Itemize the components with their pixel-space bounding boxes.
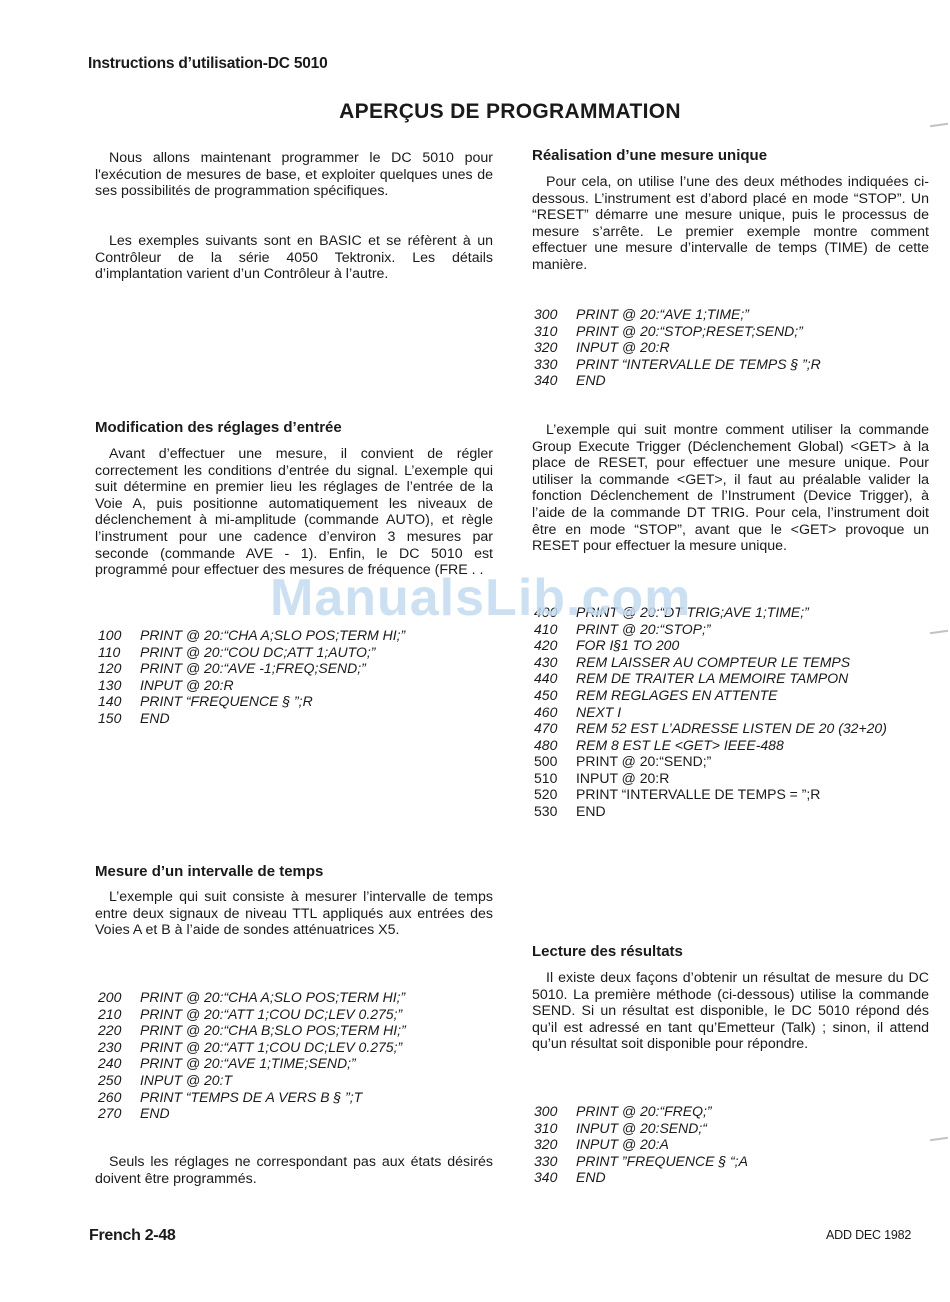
code-line: 270END <box>98 1105 406 1122</box>
code-line: 400PRINT @ 20:“DT TRIG;AVE 1;TIME;” <box>534 604 887 621</box>
line-number: 430 <box>534 654 576 671</box>
line-number: 320 <box>534 339 576 356</box>
code-line: 340END <box>534 1169 748 1186</box>
code-line: 220PRINT @ 20:“CHA B;SLO POS;TERM HI;” <box>98 1022 406 1039</box>
line-number: 230 <box>98 1039 140 1056</box>
code-line: 470REM 52 EST L’ADRESSE LISTEN DE 20 (32… <box>534 720 887 737</box>
heading-input-settings: Modification des réglages d’entrée <box>95 419 493 436</box>
code-statement: END <box>576 1169 606 1186</box>
code-statement: REM 52 EST L’ADRESSE LISTEN DE 20 (32+20… <box>576 720 887 737</box>
code-statement: REM DE TRAITER LA MEMOIRE TAMPON <box>576 670 848 687</box>
line-number: 480 <box>534 737 576 754</box>
line-number: 440 <box>534 670 576 687</box>
code-statement: INPUT @ 20:R <box>140 677 234 694</box>
code-line: 120PRINT @ 20:“AVE -1;FREQ;SEND;” <box>98 660 405 677</box>
page-number: French 2-48 <box>89 1227 176 1245</box>
code-statement: END <box>140 1105 170 1122</box>
code-line: 500PRINT @ 20:“SEND;” <box>534 753 820 770</box>
running-header: Instructions d’utilisation-DC 5010 <box>88 55 328 73</box>
code-statement: INPUT @ 20:A <box>576 1136 669 1153</box>
code-statement: PRINT @ 20:“CHA A;SLO POS;TERM HI;” <box>140 989 405 1006</box>
line-number: 300 <box>534 306 576 323</box>
code-line: 140PRINT “FREQUENCE § ”;R <box>98 693 405 710</box>
code-statement: PRINT @ 20:“SEND;” <box>576 753 711 770</box>
code-statement: REM 8 EST LE <GET> IEEE-488 <box>576 737 784 754</box>
code-line: 420FOR I§1 TO 200 <box>534 637 887 654</box>
code-statement: REM LAISSER AU COMPTEUR LE TEMPS <box>576 654 850 671</box>
line-number: 270 <box>98 1105 140 1122</box>
line-number: 120 <box>98 660 140 677</box>
line-number: 130 <box>98 677 140 694</box>
code-line: 480REM 8 EST LE <GET> IEEE-488 <box>534 737 887 754</box>
code-line: 340END <box>534 372 821 389</box>
code-statement: INPUT @ 20:SEND;“ <box>576 1120 707 1137</box>
line-number: 140 <box>98 693 140 710</box>
code-line: 230PRINT @ 20:“ATT 1;COU DC;LEV 0.275;” <box>98 1039 406 1056</box>
code-line: 310PRINT @ 20:“STOP;RESET;SEND;” <box>534 323 821 340</box>
code-line: 450REM REGLAGES EN ATTENTE <box>534 687 887 704</box>
code-statement: PRINT “INTERVALLE DE TEMPS § ”;R <box>576 356 821 373</box>
code-line: 520PRINT “INTERVALLE DE TEMPS = ”;R <box>534 786 820 803</box>
code-statement: NEXT I <box>576 704 621 721</box>
code-listing-500: 500PRINT @ 20:“SEND;”510INPUT @ 20:R520P… <box>534 753 820 819</box>
code-statement: PRINT @ 20:“CHA A;SLO POS;TERM HI;” <box>140 627 405 644</box>
code-listing-300-single: 300PRINT @ 20:“AVE 1;TIME;”310PRINT @ 20… <box>534 306 821 389</box>
time-interval-closing: Seuls les réglages ne correspondant pas … <box>95 1154 493 1187</box>
line-number: 240 <box>98 1055 140 1072</box>
code-listing-300-results: 300PRINT @ 20:“FREQ;”310INPUT @ 20:SEND;… <box>534 1103 748 1186</box>
code-line: 320INPUT @ 20:A <box>534 1136 748 1153</box>
code-statement: PRINT “TEMPS DE A VERS B § ”;T <box>140 1089 362 1106</box>
line-number: 530 <box>534 803 576 820</box>
code-statement: END <box>576 372 606 389</box>
code-line: 300PRINT @ 20:“FREQ;” <box>534 1103 748 1120</box>
code-line: 530END <box>534 803 820 820</box>
line-number: 400 <box>534 604 576 621</box>
line-number: 220 <box>98 1022 140 1039</box>
line-number: 330 <box>534 356 576 373</box>
heading-reading-results: Lecture des résultats <box>532 943 929 960</box>
line-number: 320 <box>534 1136 576 1153</box>
code-line: 130INPUT @ 20:R <box>98 677 405 694</box>
line-number: 310 <box>534 323 576 340</box>
code-line: 330PRINT ”FREQUENCE § “;A <box>534 1153 748 1170</box>
code-statement: INPUT @ 20:R <box>576 770 669 787</box>
code-statement: PRINT ”FREQUENCE § “;A <box>576 1153 748 1170</box>
heading-single-measurement: Réalisation d’une mesure unique <box>532 147 929 164</box>
revision-date: ADD DEC 1982 <box>826 1228 911 1242</box>
line-number: 300 <box>534 1103 576 1120</box>
code-statement: PRINT “INTERVALLE DE TEMPS = ”;R <box>576 786 820 803</box>
intro-paragraph-2: Les exemples suivants sont en BASIC et s… <box>95 233 493 283</box>
code-line: 240PRINT @ 20:“AVE 1;TIME;SEND;” <box>98 1055 406 1072</box>
code-statement: PRINT “FREQUENCE § ”;R <box>140 693 313 710</box>
line-number: 520 <box>534 786 576 803</box>
code-statement: END <box>576 803 606 820</box>
code-line: 210PRINT @ 20:“ATT 1;COU DC;LEV 0.275;” <box>98 1006 406 1023</box>
code-statement: PRINT @ 20:“FREQ;” <box>576 1103 712 1120</box>
line-number: 150 <box>98 710 140 727</box>
code-line: 200PRINT @ 20:“CHA A;SLO POS;TERM HI;” <box>98 989 406 1006</box>
code-statement: PRINT @ 20:“AVE 1;TIME;” <box>576 306 749 323</box>
code-statement: PRINT @ 20:“AVE -1;FREQ;SEND;” <box>140 660 366 677</box>
code-line: 330PRINT “INTERVALLE DE TEMPS § ”;R <box>534 356 821 373</box>
code-statement: END <box>140 710 170 727</box>
line-number: 310 <box>534 1120 576 1137</box>
line-number: 470 <box>534 720 576 737</box>
code-statement: INPUT @ 20:T <box>140 1072 232 1089</box>
code-line: 440REM DE TRAITER LA MEMOIRE TAMPON <box>534 670 887 687</box>
line-number: 210 <box>98 1006 140 1023</box>
code-line: 260PRINT “TEMPS DE A VERS B § ”;T <box>98 1089 406 1106</box>
single-measurement-paragraph: Pour cela, on utilise l’une des deux mét… <box>532 174 929 274</box>
code-line: 460NEXT I <box>534 704 887 721</box>
code-line: 100PRINT @ 20:“CHA A;SLO POS;TERM HI;” <box>98 627 405 644</box>
code-statement: PRINT @ 20:“AVE 1;TIME;SEND;” <box>140 1055 356 1072</box>
code-statement: INPUT @ 20:R <box>576 339 670 356</box>
code-statement: PRINT @ 20:“STOP;RESET;SEND;” <box>576 323 803 340</box>
line-number: 500 <box>534 753 576 770</box>
code-listing-200: 200PRINT @ 20:“CHA A;SLO POS;TERM HI;”21… <box>98 989 406 1122</box>
code-statement: FOR I§1 TO 200 <box>576 637 679 654</box>
line-number: 110 <box>98 644 140 661</box>
code-line: 320INPUT @ 20:R <box>534 339 821 356</box>
intro-paragraph-1: Nous allons maintenant programmer le DC … <box>95 150 493 200</box>
line-number: 340 <box>534 372 576 389</box>
line-number: 510 <box>534 770 576 787</box>
line-number: 260 <box>98 1089 140 1106</box>
code-line: 300PRINT @ 20:“AVE 1;TIME;” <box>534 306 821 323</box>
margin-scan-mark <box>930 1137 948 1141</box>
line-number: 200 <box>98 989 140 1006</box>
code-statement: PRINT @ 20:“ATT 1;COU DC;LEV 0.275;” <box>140 1006 402 1023</box>
margin-scan-mark <box>930 630 948 634</box>
line-number: 100 <box>98 627 140 644</box>
code-line: 110PRINT @ 20:“COU DC;ATT 1;AUTO;” <box>98 644 405 661</box>
get-command-paragraph: L’exemple qui suit montre comment utilis… <box>532 422 929 555</box>
page-title: APERÇUS DE PROGRAMMATION <box>0 100 950 124</box>
line-number: 330 <box>534 1153 576 1170</box>
code-line: 410PRINT @ 20:“STOP;” <box>534 621 887 638</box>
code-listing-100: 100PRINT @ 20:“CHA A;SLO POS;TERM HI;”11… <box>98 627 405 727</box>
code-statement: PRINT @ 20:“ATT 1;COU DC;LEV 0.275;” <box>140 1039 402 1056</box>
reading-results-paragraph: Il existe deux façons d’obtenir un résul… <box>532 970 929 1053</box>
time-interval-paragraph: L’exemple qui suit consiste à mesurer l’… <box>95 889 493 939</box>
line-number: 420 <box>534 637 576 654</box>
code-listing-400: 400PRINT @ 20:“DT TRIG;AVE 1;TIME;”410PR… <box>534 604 887 753</box>
line-number: 450 <box>534 687 576 704</box>
code-statement: PRINT @ 20:“STOP;” <box>576 621 711 638</box>
line-number: 460 <box>534 704 576 721</box>
code-line: 430REM LAISSER AU COMPTEUR LE TEMPS <box>534 654 887 671</box>
code-line: 250INPUT @ 20:T <box>98 1072 406 1089</box>
code-line: 510INPUT @ 20:R <box>534 770 820 787</box>
line-number: 410 <box>534 621 576 638</box>
code-statement: PRINT @ 20:“DT TRIG;AVE 1;TIME;” <box>576 604 809 621</box>
line-number: 340 <box>534 1169 576 1186</box>
code-line: 310INPUT @ 20:SEND;“ <box>534 1120 748 1137</box>
code-line: 150END <box>98 710 405 727</box>
code-statement: REM REGLAGES EN ATTENTE <box>576 687 777 704</box>
input-settings-paragraph: Avant d’effectuer une mesure, il convien… <box>95 446 493 579</box>
heading-time-interval: Mesure d’un intervalle de temps <box>95 863 493 880</box>
line-number: 250 <box>98 1072 140 1089</box>
code-statement: PRINT @ 20:“COU DC;ATT 1;AUTO;” <box>140 644 375 661</box>
code-statement: PRINT @ 20:“CHA B;SLO POS;TERM HI;” <box>140 1022 406 1039</box>
